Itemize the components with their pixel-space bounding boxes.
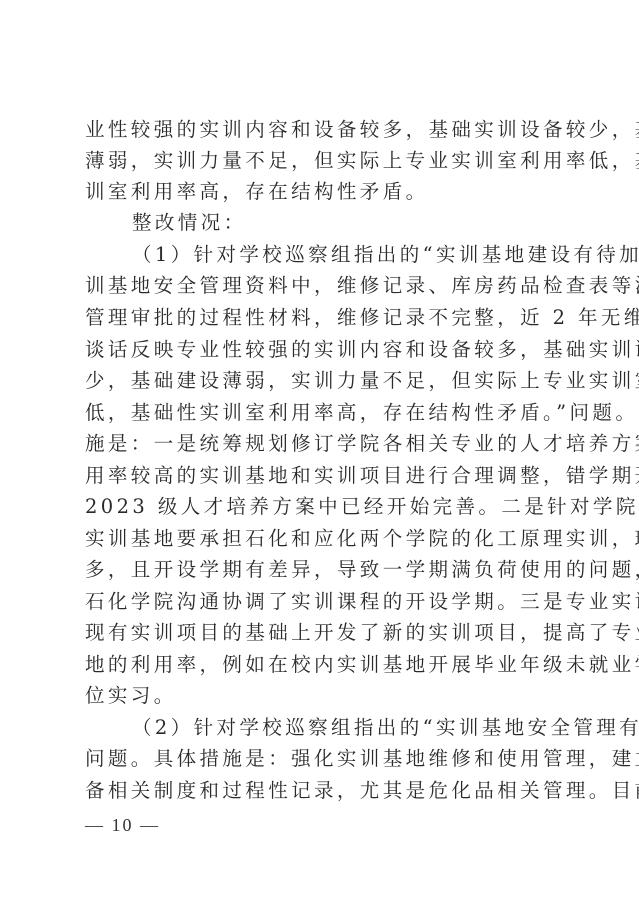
body-text-line: 训室利用率高，存在结构性矛盾。: [85, 177, 565, 207]
body-text-line: （2）针对学校巡察组指出的“实训基地安全管理有待加强。”: [132, 713, 612, 743]
body-text-line: 地的利用率，例如在校内实训基地开展毕业年级未就业学生的岗: [85, 650, 565, 680]
body-text-line: 少，基础建设薄弱，实训力量不足，但实际上专业实训室利用率: [85, 366, 565, 396]
body-text-line: 2023 级人才培养方案中已经开始完善。二是针对学院化工原理: [85, 492, 565, 522]
body-text-line: 位实习。: [85, 681, 565, 711]
body-text-line: 现有实训项目的基础上开发了新的实训项目，提高了专业实训基: [85, 618, 565, 648]
body-text-line: （1）针对学校巡察组指出的“实训基地建设有待加强，实: [132, 240, 612, 270]
body-text-line: 低，基础性实训室利用率高，存在结构性矛盾。”问题。具体措: [85, 398, 565, 428]
body-text-line: 谈话反映专业性较强的实训内容和设备较多，基础实训设备较: [85, 335, 565, 365]
body-text-line: 多，且开设学期有差异，导致一学期满负荷使用的问题，积极与: [85, 555, 565, 585]
body-text-line: 训基地安全管理资料中，维修记录、库房药品检查表等没有日常: [85, 271, 565, 301]
body-text-line: 薄弱，实训力量不足，但实际上专业实训室利用率低，基础性实: [85, 146, 565, 176]
body-text-line: 石化学院沟通协调了实训课程的开设学期。三是专业实训基地在: [85, 587, 565, 617]
body-text-line: 问题。具体措施是：强化实训基地维修和使用管理，建立健全完: [85, 744, 565, 774]
body-text-line: 业性较强的实训内容和设备较多，基础实训设备较少，基础建设: [85, 115, 565, 145]
body-text-line: 用率较高的实训基地和实训项目进行合理调整，错学期开设，在: [85, 461, 565, 491]
body-text-line: 施是：一是统筹规划修订学院各相关专业的人才培养方案，将利: [85, 429, 565, 459]
body-text-line: 备相关制度和过程性记录，尤其是危化品相关管理。目前已经建: [85, 776, 565, 806]
body-text-line: 实训基地要承担石化和应化两个学院的化工原理实训，班级较: [85, 524, 565, 554]
page-number: — 10 —: [85, 815, 160, 836]
document-page: 业性较强的实训内容和设备较多，基础实训设备较少，基础建设 薄弱，实训力量不足，但…: [0, 0, 639, 905]
body-text-line: 管理审批的过程性材料，维修记录不完整，近 2 年无维修记录。: [85, 303, 565, 333]
section-heading-rectification: 整改情况：: [132, 208, 612, 238]
